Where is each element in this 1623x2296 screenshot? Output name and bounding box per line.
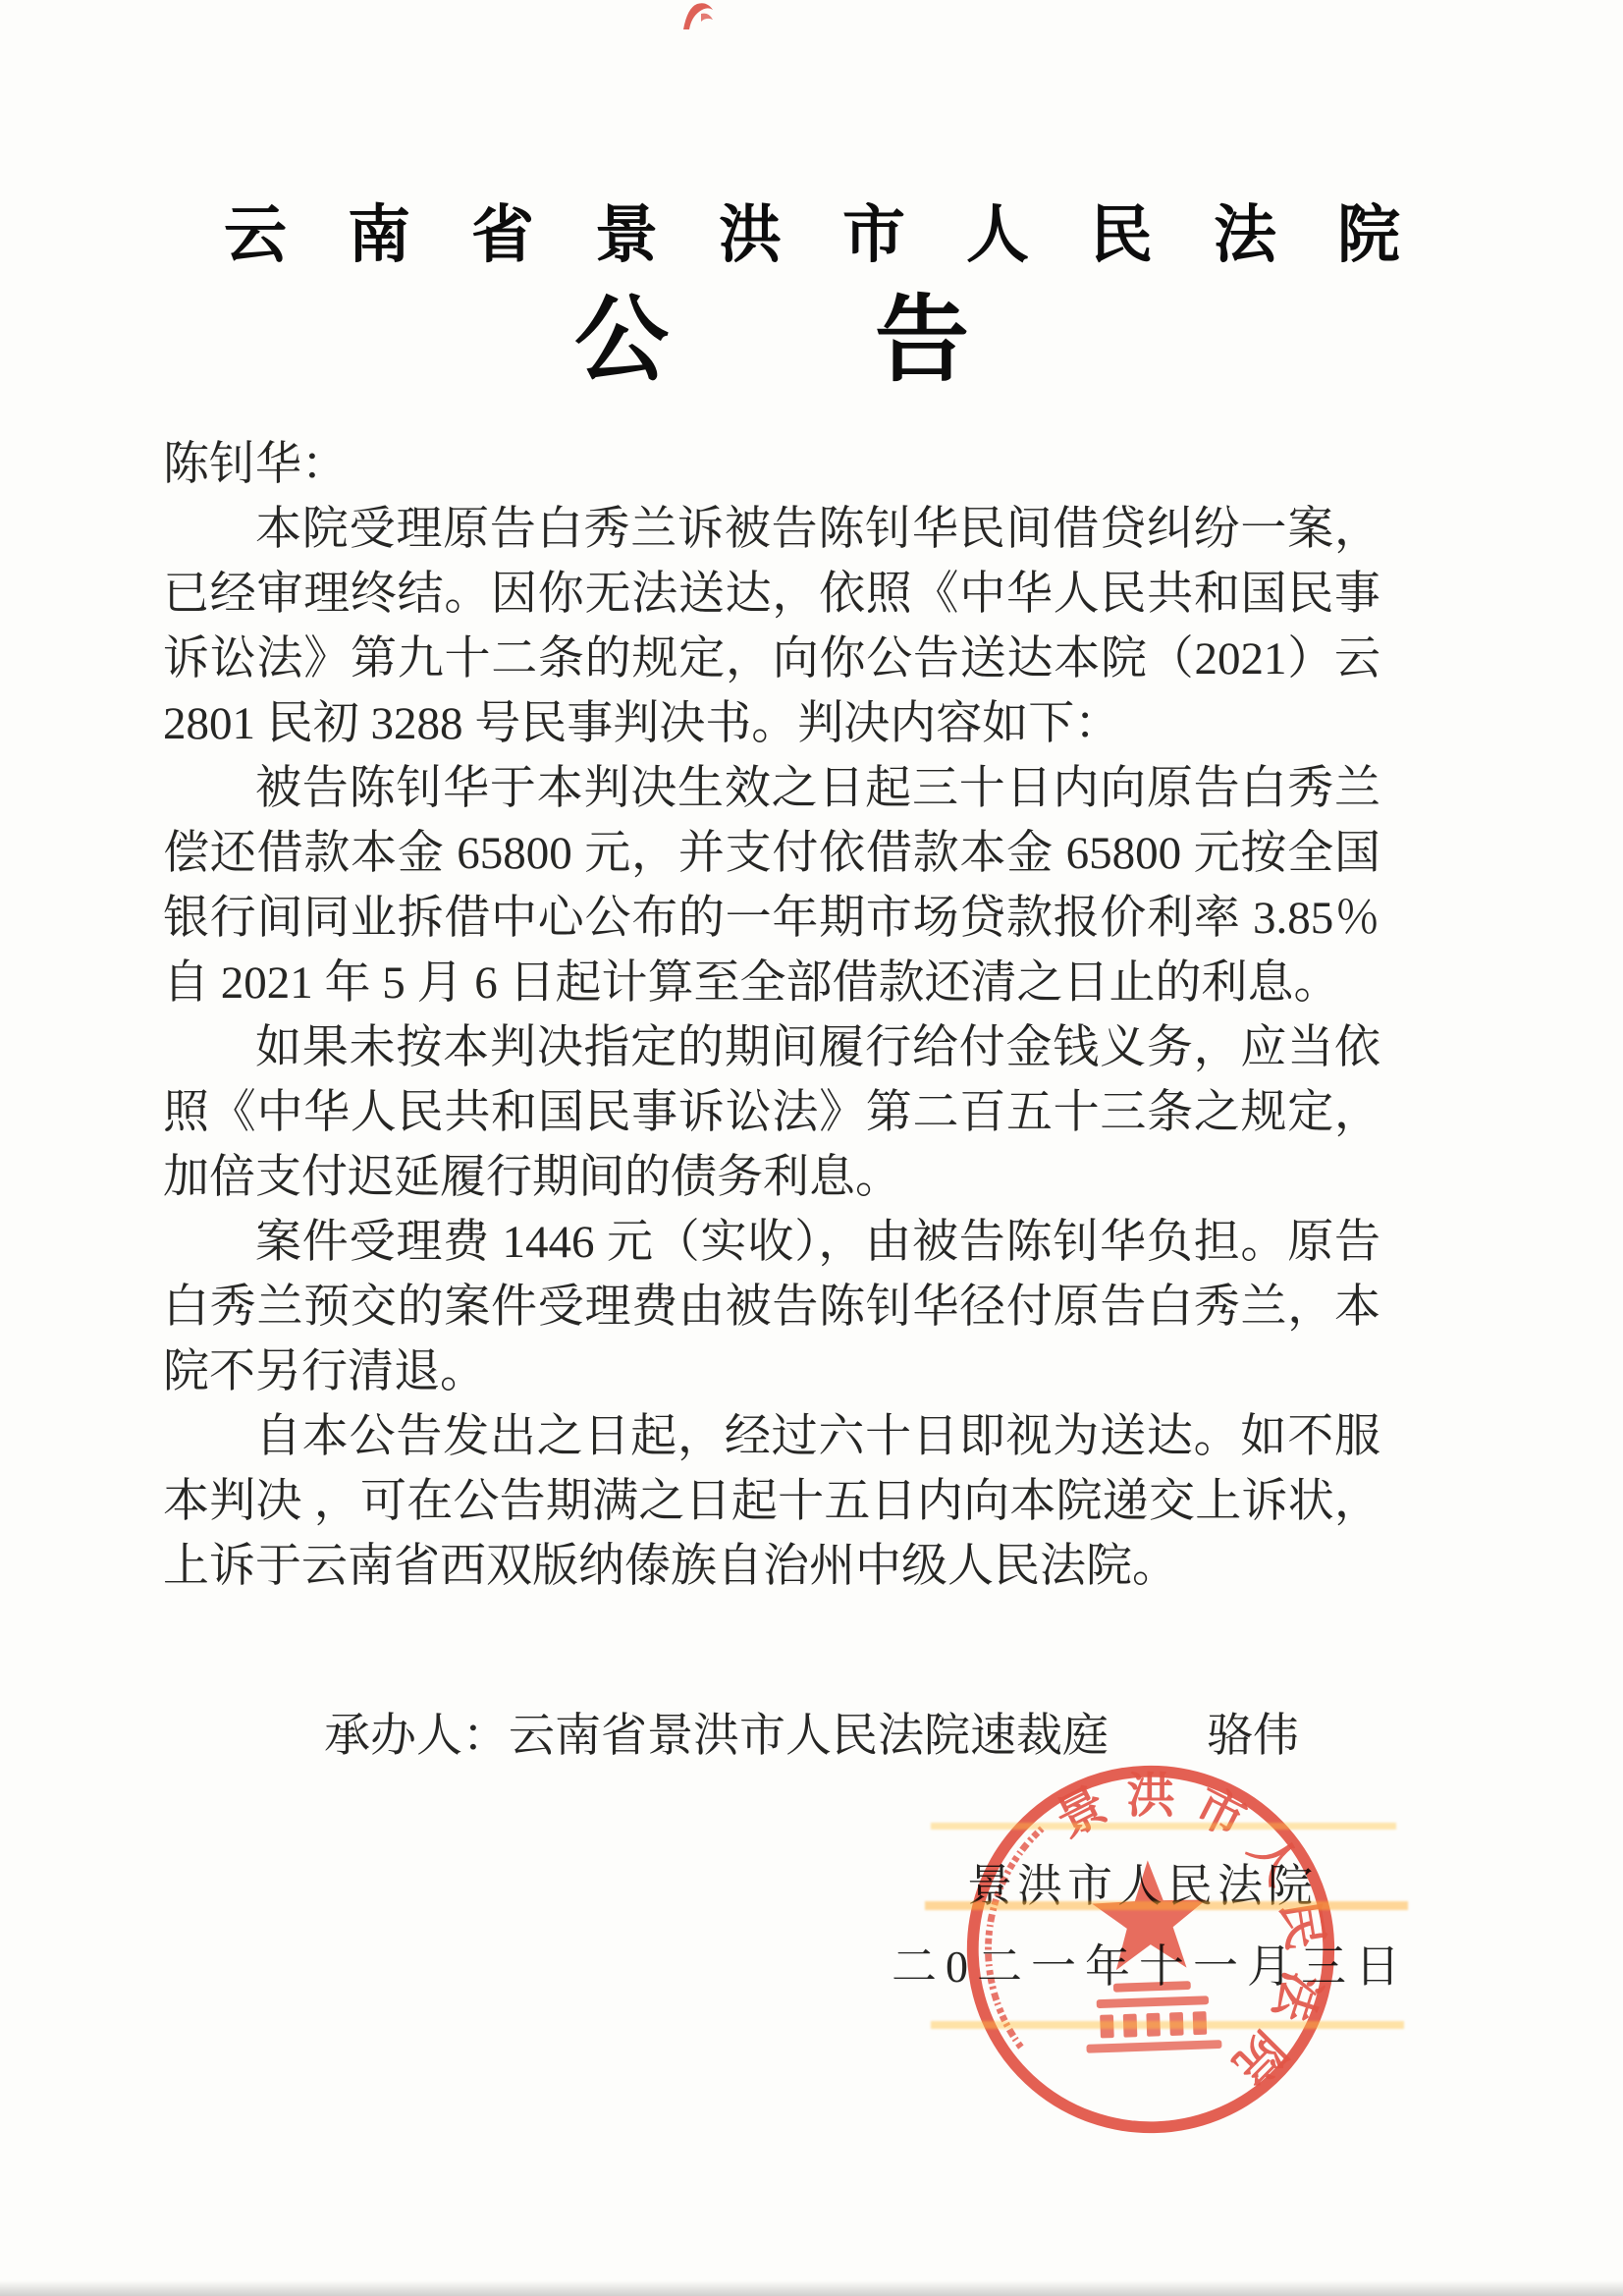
doc-type-title: 公告 xyxy=(163,287,1380,395)
body-paragraph: 被告陈钊华于本判决生效之日起三十日内向原告白秀兰偿还借款本金 65800 元，并… xyxy=(163,756,1380,1015)
body-paragraphs: 本院受理原告白秀兰诉被告陈钊华民间借贷纠纷一案，已经审理终结。因你无法送达，依照… xyxy=(163,497,1380,1599)
court-title: 云南省景洪市人民法院 xyxy=(163,196,1380,273)
court-seal: 景洪市人民法院 xyxy=(950,1749,1351,2150)
scanned-court-announcement: 云南省景洪市人民法院 公告 陈钊华： 本院受理原告白秀兰诉被告陈钊华民间借贷纠纷… xyxy=(0,0,1623,2296)
body-paragraph: 如果未按本判决指定的期间履行给付金钱义务，应当依照《中华人民共和国民事诉讼法》第… xyxy=(163,1015,1380,1210)
body-paragraph: 案件受理费 1446 元（实收），由被告陈钊华负担。原告白秀兰预交的案件受理费由… xyxy=(163,1210,1380,1404)
red-scan-artifact-icon xyxy=(677,0,721,33)
body-paragraph: 本院受理原告白秀兰诉被告陈钊华民间借贷纠纷一案，已经审理终结。因你无法送达，依照… xyxy=(163,497,1380,756)
seal-star xyxy=(1091,1858,1209,1971)
bottom-scan-shadow xyxy=(0,2280,1623,2296)
body-text: 陈钊华： 本院受理原告白秀兰诉被告陈钊华民间借贷纠纷一案，已经审理终结。因你无法… xyxy=(163,432,1380,1599)
seal-emblem xyxy=(1084,1980,1221,2053)
undertaker-prefix: 承办人：云南省景洪市人民法院速裁庭 xyxy=(324,1707,1109,1766)
recipient-line: 陈钊华： xyxy=(163,432,1380,497)
body-paragraph: 自本公告发出之日起，经过六十日即视为送达。如不服本判决 ，可在公告期满之日起十五… xyxy=(163,1404,1380,1599)
